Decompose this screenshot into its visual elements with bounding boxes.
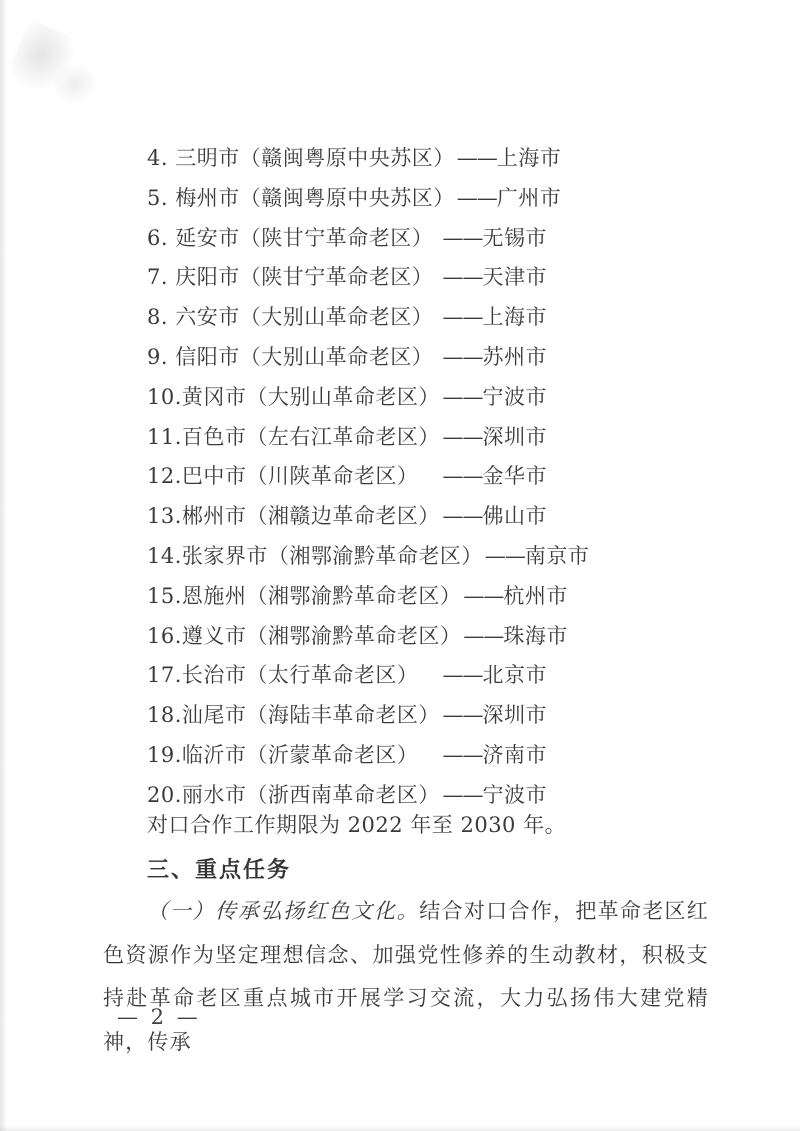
scan-edge-shadow-left	[0, 0, 7, 1131]
row-number: 18.	[147, 703, 182, 727]
row-number: 11.	[147, 425, 182, 449]
pairing-row-origin-group: 10.黄冈市（大别山革命老区）	[147, 378, 440, 418]
row-number: 10.	[147, 385, 182, 409]
pairing-row-origin-group: 15.恩施州（湘鄂渝黔革命老区）	[147, 577, 461, 617]
pairing-row: 19.临沂市（沂蒙革命老区） ——济南市	[147, 736, 547, 776]
origin-city-and-region: 庆阳市（陕甘宁革命老区）	[175, 265, 433, 289]
connector-dash: ——	[443, 703, 483, 727]
pairing-row-origin-group: 4. 三明市（赣闽粤原中央苏区）	[147, 139, 455, 179]
origin-city-and-region: 黄冈市（大别山革命老区）	[182, 385, 440, 409]
cooperation-duration-paragraph: 对口合作工作期限为 2022 年至 2030 年。	[147, 809, 566, 839]
pairing-row-partner-group: ——南京市	[485, 537, 590, 577]
row-number: 15.	[147, 584, 182, 608]
pairing-row: 15.恩施州（湘鄂渝黔革命老区） ——杭州市	[147, 577, 547, 617]
pairing-row-partner-group: ——上海市	[457, 139, 562, 179]
connector-dash: ——	[443, 663, 483, 687]
row-number: 19.	[147, 743, 182, 767]
pairing-row-partner-group: ——珠海市	[463, 617, 568, 657]
origin-city-and-region: 三明市（赣闽粤原中央苏区）	[175, 146, 455, 170]
partner-city: 宁波市	[483, 385, 548, 409]
pairing-row-partner-group: ——金华市	[443, 457, 548, 497]
origin-city-and-region: 百色市（左右江革命老区）	[182, 425, 440, 449]
partner-city: 天津市	[483, 265, 548, 289]
connector-dash: ——	[485, 544, 525, 568]
pairing-row: 12.巴中市（川陕革命老区） ——金华市	[147, 457, 547, 497]
city-pairing-list: 4. 三明市（赣闽粤原中央苏区） ——上海市 5. 梅州市（赣闽粤原中央苏区） …	[147, 139, 547, 816]
connector-dash: ——	[457, 146, 497, 170]
row-number: 4.	[147, 146, 175, 170]
partner-city: 无锡市	[483, 226, 548, 250]
pairing-row-partner-group: ——佛山市	[443, 497, 548, 537]
origin-city-and-region: 巴中市（川陕革命老区）	[182, 464, 419, 488]
row-number: 16.	[147, 624, 182, 648]
connector-dash: ——	[443, 226, 483, 250]
scan-smudge-artifact	[2, 19, 86, 108]
row-number: 5.	[147, 186, 175, 210]
pairing-row: 9. 信阳市（大别山革命老区） ——苏州市	[147, 338, 547, 378]
connector-dash: ——	[443, 265, 483, 289]
origin-city-and-region: 张家界市（湘鄂渝黔革命老区）	[182, 544, 483, 568]
pairing-row: 5. 梅州市（赣闽粤原中央苏区） ——广州市	[147, 179, 547, 219]
partner-city: 金华市	[483, 464, 548, 488]
pairing-row-partner-group: ——杭州市	[463, 577, 568, 617]
origin-city-and-region: 临沂市（沂蒙革命老区）	[182, 743, 419, 767]
partner-city: 深圳市	[483, 425, 548, 449]
row-number: 8.	[147, 305, 175, 329]
pairing-row-partner-group: ——上海市	[443, 298, 548, 338]
scan-smudge-artifact	[47, 58, 103, 110]
origin-city-and-region: 梅州市（赣闽粤原中央苏区）	[175, 186, 455, 210]
document-page: 4. 三明市（赣闽粤原中央苏区） ——上海市 5. 梅州市（赣闽粤原中央苏区） …	[0, 0, 800, 1131]
origin-city-and-region: 恩施州（湘鄂渝黔革命老区）	[182, 584, 462, 608]
connector-dash: ——	[463, 624, 503, 648]
connector-dash: ——	[457, 186, 497, 210]
pairing-row-origin-group: 17.长治市（太行革命老区）	[147, 656, 418, 696]
pairing-row: 8. 六安市（大别山革命老区） ——上海市	[147, 298, 547, 338]
connector-dash: ——	[463, 584, 503, 608]
page-number: — 2 —	[117, 1005, 201, 1029]
partner-city: 济南市	[483, 743, 548, 767]
partner-city: 北京市	[483, 663, 548, 687]
origin-city-and-region: 信阳市（大别山革命老区）	[175, 345, 433, 369]
partner-city: 宁波市	[483, 783, 548, 807]
pairing-row-origin-group: 14.张家界市（湘鄂渝黔革命老区）	[147, 537, 483, 577]
connector-dash: ——	[443, 743, 483, 767]
row-number: 12.	[147, 464, 182, 488]
pairing-row-partner-group: ——苏州市	[443, 338, 548, 378]
pairing-row: 10.黄冈市（大别山革命老区） ——宁波市	[147, 378, 547, 418]
connector-dash: ——	[443, 425, 483, 449]
pairing-row-origin-group: 16.遵义市（湘鄂渝黔革命老区）	[147, 617, 461, 657]
origin-city-and-region: 遵义市（湘鄂渝黔革命老区）	[182, 624, 462, 648]
partner-city: 上海市	[497, 146, 562, 170]
pairing-row-origin-group: 9. 信阳市（大别山革命老区）	[147, 338, 433, 378]
origin-city-and-region: 长治市（太行革命老区）	[182, 663, 419, 687]
row-number: 13.	[147, 504, 182, 528]
partner-city: 珠海市	[503, 624, 568, 648]
origin-city-and-region: 延安市（陕甘宁革命老区）	[175, 226, 433, 250]
pairing-row: 14.张家界市（湘鄂渝黔革命老区） ——南京市	[147, 537, 547, 577]
connector-dash: ——	[443, 504, 483, 528]
scan-edge-shadow-bottom	[0, 1126, 800, 1131]
pairing-row-partner-group: ——北京市	[443, 656, 548, 696]
origin-city-and-region: 丽水市（浙西南革命老区）	[182, 783, 440, 807]
connector-dash: ——	[443, 385, 483, 409]
row-number: 7.	[147, 265, 175, 289]
pairing-row-partner-group: ——宁波市	[443, 378, 548, 418]
pairing-row-origin-group: 8. 六安市（大别山革命老区）	[147, 298, 433, 338]
pairing-row-partner-group: ——深圳市	[443, 418, 548, 458]
pairing-row-origin-group: 7. 庆阳市（陕甘宁革命老区）	[147, 258, 433, 298]
partner-city: 南京市	[525, 544, 590, 568]
pairing-row: 11.百色市（左右江革命老区） ——深圳市	[147, 418, 547, 458]
pairing-row-origin-group: 18.汕尾市（海陆丰革命老区）	[147, 696, 440, 736]
task-paragraph: （一）传承弘扬红色文化。结合对口合作，把革命老区红色资源作为坚定理想信念、加强党…	[103, 890, 709, 1064]
partner-city: 广州市	[497, 186, 562, 210]
connector-dash: ——	[443, 345, 483, 369]
partner-city: 杭州市	[503, 584, 568, 608]
pairing-row-partner-group: ——天津市	[443, 258, 548, 298]
pairing-row: 13.郴州市（湘赣边革命老区） ——佛山市	[147, 497, 547, 537]
task-lead-sentence: （一）传承弘扬红色文化。	[147, 899, 419, 923]
pairing-row: 4. 三明市（赣闽粤原中央苏区） ——上海市	[147, 139, 547, 179]
pairing-row-partner-group: ——广州市	[457, 179, 562, 219]
section-heading: 三、重点任务	[147, 853, 291, 884]
pairing-row-origin-group: 6. 延安市（陕甘宁革命老区）	[147, 219, 433, 259]
origin-city-and-region: 汕尾市（海陆丰革命老区）	[182, 703, 440, 727]
pairing-row: 7. 庆阳市（陕甘宁革命老区） ——天津市	[147, 258, 547, 298]
pairing-row-origin-group: 11.百色市（左右江革命老区）	[147, 418, 440, 458]
pairing-row-origin-group: 13.郴州市（湘赣边革命老区）	[147, 497, 440, 537]
pairing-row-partner-group: ——深圳市	[443, 696, 548, 736]
partner-city: 佛山市	[483, 504, 548, 528]
connector-dash: ——	[443, 464, 483, 488]
row-number: 20.	[147, 783, 182, 807]
pairing-row-partner-group: ——无锡市	[443, 219, 548, 259]
row-number: 6.	[147, 226, 175, 250]
partner-city: 深圳市	[483, 703, 548, 727]
pairing-row: 6. 延安市（陕甘宁革命老区） ——无锡市	[147, 219, 547, 259]
pairing-row-origin-group: 12.巴中市（川陕革命老区）	[147, 457, 418, 497]
pairing-row: 17.长治市（太行革命老区） ——北京市	[147, 656, 547, 696]
origin-city-and-region: 六安市（大别山革命老区）	[175, 305, 433, 329]
partner-city: 苏州市	[483, 345, 548, 369]
origin-city-and-region: 郴州市（湘赣边革命老区）	[182, 504, 440, 528]
row-number: 14.	[147, 544, 182, 568]
pairing-row-origin-group: 5. 梅州市（赣闽粤原中央苏区）	[147, 179, 455, 219]
pairing-row: 18.汕尾市（海陆丰革命老区） ——深圳市	[147, 696, 547, 736]
connector-dash: ——	[443, 783, 483, 807]
partner-city: 上海市	[483, 305, 548, 329]
pairing-row-origin-group: 19.临沂市（沂蒙革命老区）	[147, 736, 418, 776]
row-number: 17.	[147, 663, 182, 687]
connector-dash: ——	[443, 305, 483, 329]
pairing-row: 16.遵义市（湘鄂渝黔革命老区） ——珠海市	[147, 617, 547, 657]
row-number: 9.	[147, 345, 175, 369]
pairing-row-partner-group: ——济南市	[443, 736, 548, 776]
